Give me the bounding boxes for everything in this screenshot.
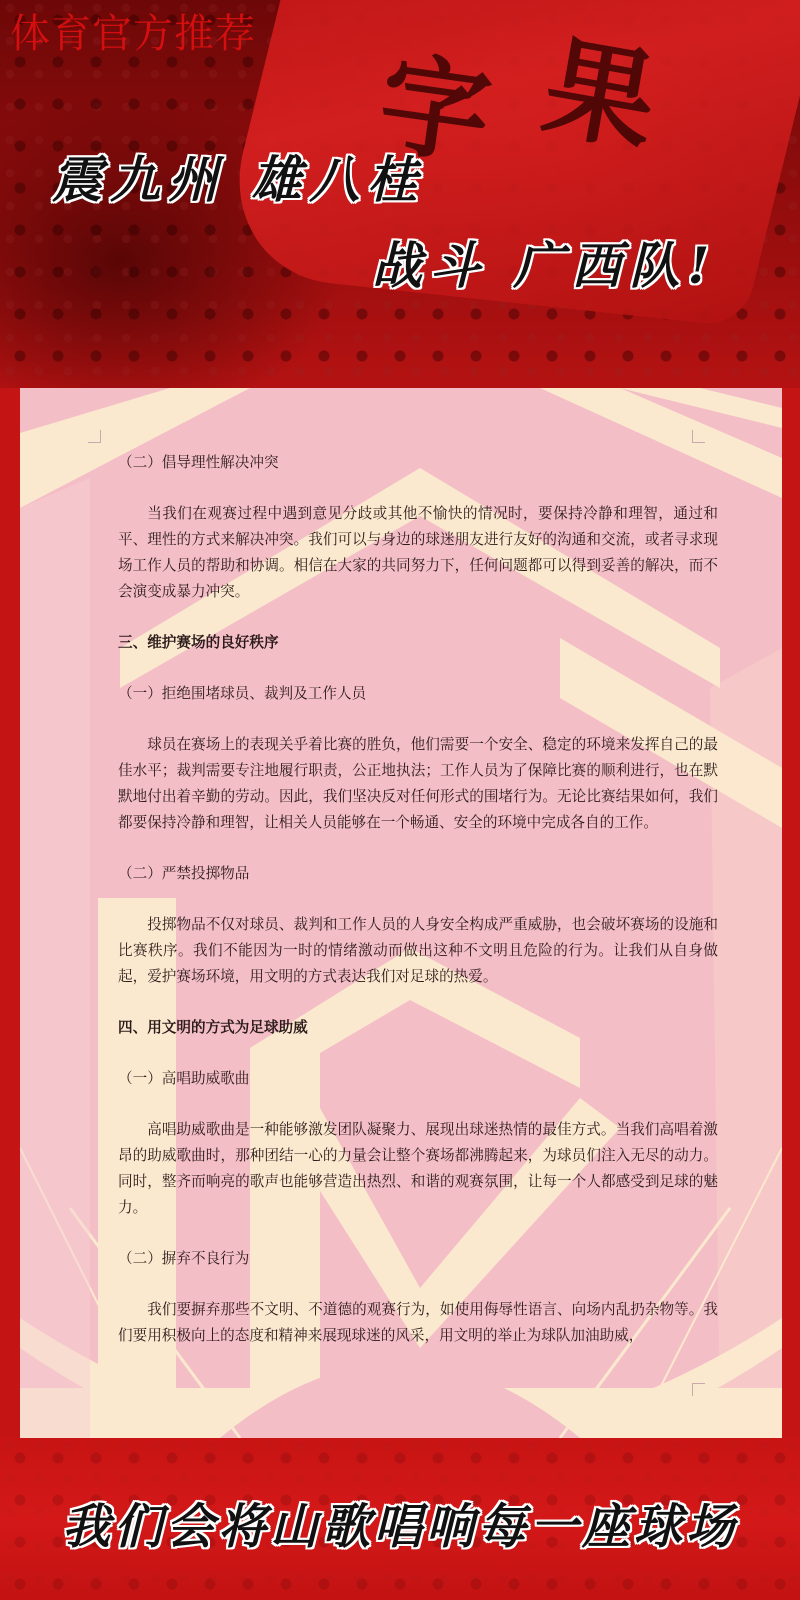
crop-mark-bottom-right — [692, 1383, 705, 1396]
section-heading-stadium-order: 三、维护赛场的良好秩序 — [118, 630, 718, 656]
document-card: （二）倡导理性解决冲突 当我们在观赛过程中遇到意见分歧或其他不愉快的情况时，要保… — [20, 388, 782, 1438]
hero-banner: 字 果 体育官方推荐 震九州 雄八桂 战斗 广西队! — [0, 0, 800, 390]
paragraph-abandon-bad-behavior: 我们要摒弃那些不文明、不道德的观赛行为，如使用侮辱性语言、向场内乱扔杂物等。我们… — [118, 1297, 718, 1349]
crop-mark-top-left — [88, 430, 101, 443]
footer-banner: 我们会将山歌唱响每一座球场 — [0, 1438, 800, 1600]
document-content: （二）倡导理性解决冲突 当我们在观赛过程中遇到意见分歧或其他不愉快的情况时，要保… — [118, 450, 718, 1374]
section-heading-civil-support: 四、用文明的方式为足球助威 — [118, 1015, 718, 1041]
footer-slogan: 我们会将山歌唱响每一座球场 — [0, 1488, 800, 1557]
hero-slogan-line-1: 震九州 雄八桂 — [52, 140, 425, 212]
paragraph-no-blocking: 球员在赛场上的表现关乎着比赛的胜负，他们需要一个安全、稳定的环境来发挥自己的最佳… — [118, 732, 718, 836]
paragraph-cheer-songs: 高唱助威歌曲是一种能够激发团队凝聚力、展现出球迷热情的最佳方式。当我们高唱着激昂… — [118, 1117, 718, 1221]
hero-slogan-line-2: 战斗 广西队! — [372, 226, 717, 298]
sub-heading-no-throwing: （二）严禁投掷物品 — [118, 861, 718, 887]
sub-heading-rational-resolution: （二）倡导理性解决冲突 — [118, 450, 718, 476]
sub-heading-cheer-songs: （一）高唱助威歌曲 — [118, 1066, 718, 1092]
left-border-strip — [0, 388, 20, 1438]
paragraph-no-throwing: 投掷物品不仅对球员、裁判和工作人员的人身安全构成严重威胁，也会破坏赛场的设施和比… — [118, 912, 718, 990]
watermark-text: 体育官方推荐 — [10, 2, 256, 59]
paragraph-rational-resolution: 当我们在观赛过程中遇到意见分歧或其他不愉快的情况时，要保持冷静和理智，通过和平、… — [118, 501, 718, 605]
flag-character-2: 果 — [536, 31, 663, 158]
right-border-strip — [782, 388, 800, 1438]
sub-heading-no-blocking: （一）拒绝围堵球员、裁判及工作人员 — [118, 681, 718, 707]
sub-heading-abandon-bad-behavior: （二）摒弃不良行为 — [118, 1246, 718, 1272]
crop-mark-top-right — [692, 430, 705, 443]
